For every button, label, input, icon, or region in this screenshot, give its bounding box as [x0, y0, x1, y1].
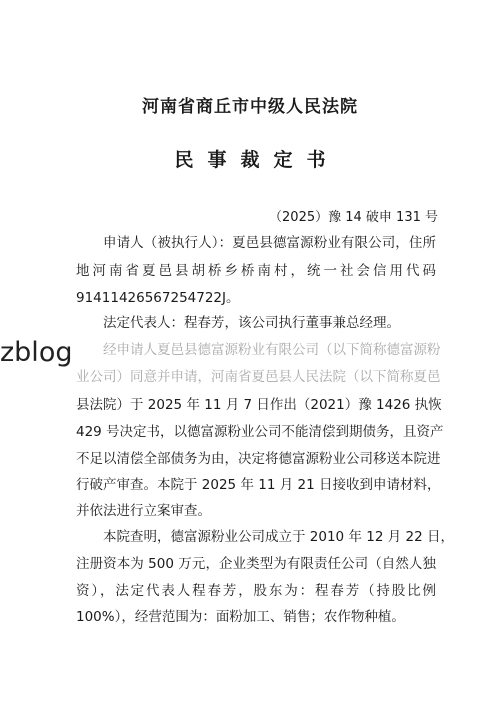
body-line: 地河南省夏邑县胡桥乡桥南村，统一社会信用代码 [76, 262, 436, 280]
body-line: 429 号决定书，以德富源粉业公司不能清偿到期债务，且资产 [76, 423, 436, 441]
watermark-text: zblog [0, 337, 72, 368]
body-line: 资），法定代表人程春芳，股东为：程春芳（持股比例 [76, 582, 436, 600]
body-line: 并依法进行立案审查。 [76, 502, 436, 520]
body-line: 申请人（被执行人）：夏邑县德富源粉业有限公司，住所 [103, 234, 436, 252]
document-type-title: 民事裁定书 [0, 145, 500, 172]
body-line: 100%），经营范围为：面粉加工、销售；农作物种植。 [76, 608, 436, 626]
body-line: 行破产审查。本院于 2025 年 11 月 21 日接收到申请材料， [76, 476, 436, 494]
body-line: 业公司）同意并申请，河南省夏邑县人民法院（以下简称夏邑 [76, 368, 436, 386]
body-line: 注册资本为 500 万元，企业类型为有限责任公司（自然人独 [76, 555, 436, 573]
body-line: 经申请人夏邑县德富源粉业有限公司（以下简称德富源粉 [103, 341, 436, 359]
body-line: 91411426567254722J。 [76, 289, 436, 307]
body-line: 不足以清偿全部债务为由，决定将德富源粉业公司移送本院进 [76, 450, 436, 468]
case-number: （2025）豫 14 破申 131 号 [269, 206, 438, 225]
body-line: 县法院）于 2025 年 11 月 7 日作出（2021）豫 1426 执恢 [76, 396, 436, 414]
body-line: 本院查明，德富源粉业公司成立于 2010 年 12 月 22 日， [103, 528, 436, 546]
court-title: 河南省商丘市中级人民法院 [0, 92, 500, 117]
body-line: 法定代表人：程春芳，该公司执行董事兼总经理。 [103, 314, 436, 332]
